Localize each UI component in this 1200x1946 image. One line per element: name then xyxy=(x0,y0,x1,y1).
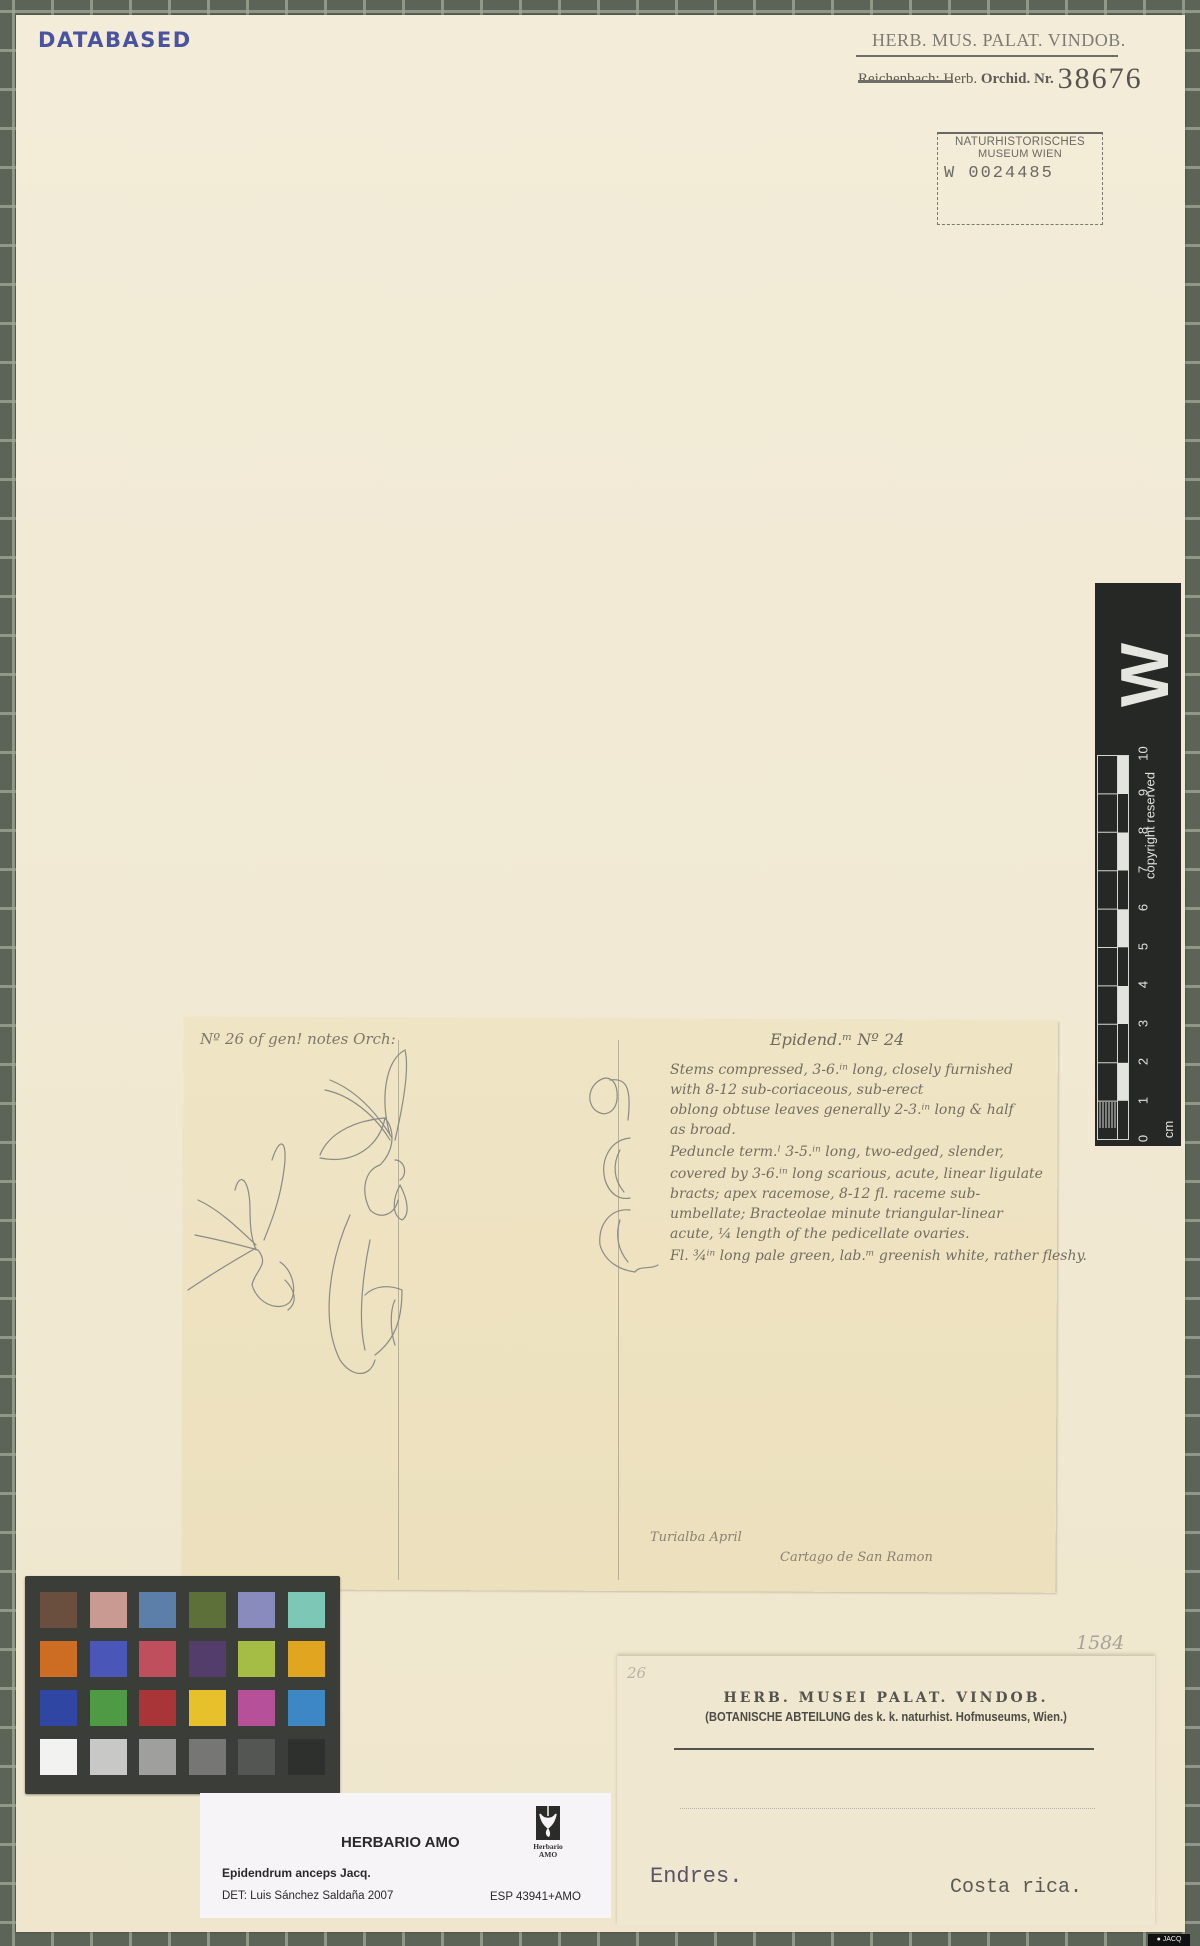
header-herbarium-title: HERB. MUS. PALAT. VINDOB. xyxy=(872,30,1126,51)
locality-note: Turialba April xyxy=(650,1530,742,1545)
color-patch xyxy=(238,1739,275,1775)
pencil-number: 1584 xyxy=(1076,1632,1124,1654)
vienna-label-rule xyxy=(674,1748,1094,1750)
color-patch xyxy=(40,1739,77,1775)
determination: DET: Luis Sánchez Saldaña 2007 xyxy=(222,1890,393,1902)
description-line: Fl. ¾ⁱⁿ long pale green, lab.ᵐ greenish … xyxy=(670,1248,1087,1264)
collector-signature: Cartago de San Ramon xyxy=(780,1550,933,1565)
description-line: with 8-12 sub-coriaceous, sub-erect xyxy=(670,1082,923,1098)
header-reichenbach-prefix: Reichenbach: Herb. xyxy=(858,71,977,87)
cc-icon: ● xyxy=(1157,1936,1161,1943)
museum-barcode-number: W 0024485 xyxy=(938,164,1102,183)
color-patch xyxy=(288,1739,325,1775)
description-line: as broad. xyxy=(670,1122,736,1138)
scale-tick-label: 10 xyxy=(1136,743,1151,765)
museum-stamp-line2: MUSEUM WIEN xyxy=(938,148,1102,160)
header-rule xyxy=(856,55,1118,57)
color-patch xyxy=(189,1641,226,1677)
description-line: bracts; apex racemose, 8-12 fl. raceme s… xyxy=(670,1186,980,1202)
scale-tick-label: 2 xyxy=(1136,1051,1151,1073)
petal-sketch xyxy=(264,1144,285,1240)
header-catalog-number: 38676 xyxy=(1058,62,1143,95)
color-patch xyxy=(139,1592,176,1628)
jacq-badge-text: JACQ xyxy=(1163,1936,1182,1943)
header-reichenbach-line: Reichenbach: Herb. Orchid. Nr. 38676 xyxy=(858,62,1143,96)
scale-tick-label: 0 xyxy=(1136,1128,1151,1150)
species-name: Epidendrum anceps Jacq. xyxy=(222,1866,371,1880)
vienna-label-subheading: (BOTANISCHE ABTEILUNG des k. k. naturhis… xyxy=(644,1710,1128,1724)
description-line: covered by 3-6.ⁱⁿ long scarious, acute, … xyxy=(670,1166,1043,1182)
label-pencil-note: 26 xyxy=(627,1664,646,1682)
scale-tick-label: 4 xyxy=(1136,974,1151,996)
vienna-label-heading: HERB. MUSEI PALAT. VINDOB. xyxy=(617,1690,1155,1706)
color-patch xyxy=(288,1592,325,1628)
orchid-sketches xyxy=(180,1040,660,1480)
color-patch xyxy=(90,1641,127,1677)
description-title: Epidend.ᵐ Nº 24 xyxy=(770,1030,904,1049)
scale-tick-label: 9 xyxy=(1136,782,1151,804)
color-patch xyxy=(139,1739,176,1775)
color-patch xyxy=(238,1592,275,1628)
color-patch xyxy=(139,1641,176,1677)
scale-tick-label: 8 xyxy=(1136,820,1151,842)
collection-country: Costa rica. xyxy=(950,1876,1082,1899)
scale-checker-pattern xyxy=(1095,740,1135,1146)
museum-stamp-line1: NATURHISTORISCHES xyxy=(938,136,1102,148)
header-reichenbach-label: Orchid. Nr. xyxy=(981,71,1054,87)
color-patch xyxy=(139,1690,176,1726)
amo-label-title: HERBARIO AMO xyxy=(341,1834,460,1851)
color-patch xyxy=(90,1690,127,1726)
scale-tick-label: 7 xyxy=(1136,859,1151,881)
color-patch xyxy=(189,1739,226,1775)
vienna-label-dotted-line xyxy=(680,1808,1095,1809)
databased-stamp: DATABASED xyxy=(38,28,192,52)
jacq-cc-badge[interactable]: ● JACQ xyxy=(1148,1934,1190,1946)
color-patch xyxy=(238,1641,275,1677)
description-line: Peduncle term.ˡ 3-5.ⁱⁿ long, two-edged, … xyxy=(670,1144,1004,1160)
amo-logo-caption-line2: AMO xyxy=(524,1851,572,1859)
color-patch xyxy=(90,1739,127,1775)
scale-tick-label: 5 xyxy=(1136,936,1151,958)
color-patch xyxy=(90,1592,127,1628)
header-underline xyxy=(858,80,953,83)
description-line: oblong obtuse leaves generally 2-3.ⁱⁿ lo… xyxy=(670,1102,1014,1118)
scale-tick-label: 1 xyxy=(1136,1090,1151,1112)
color-patch xyxy=(40,1592,77,1628)
color-patch xyxy=(189,1690,226,1726)
color-patch xyxy=(40,1690,77,1726)
scale-tick-label: 6 xyxy=(1136,897,1151,919)
color-patch xyxy=(288,1641,325,1677)
herbario-amo-logo-icon xyxy=(536,1806,560,1840)
scale-tick-label: 3 xyxy=(1136,1013,1151,1035)
description-line: umbellate; Bracteolae minute triangular-… xyxy=(670,1206,1003,1222)
amo-logo-caption: Herbario AMO xyxy=(524,1843,572,1859)
color-patch xyxy=(238,1690,275,1726)
scale-unit-label: cm xyxy=(1161,1121,1176,1138)
collector-name: Endres. xyxy=(650,1864,742,1889)
w-logo-icon: W xyxy=(1110,640,1180,710)
museum-barcode-stamp: NATURHISTORISCHES MUSEUM WIEN W 0024485 xyxy=(937,132,1103,225)
accession-number: ESP 43941+AMO xyxy=(490,1891,581,1903)
description-line: Stems compressed, 3-6.ⁱⁿ long, closely f… xyxy=(670,1062,1013,1078)
color-patch xyxy=(40,1641,77,1677)
color-patch xyxy=(189,1592,226,1628)
description-line: acute, ¼ length of the pedicellate ovari… xyxy=(670,1226,970,1242)
color-patch xyxy=(288,1690,325,1726)
